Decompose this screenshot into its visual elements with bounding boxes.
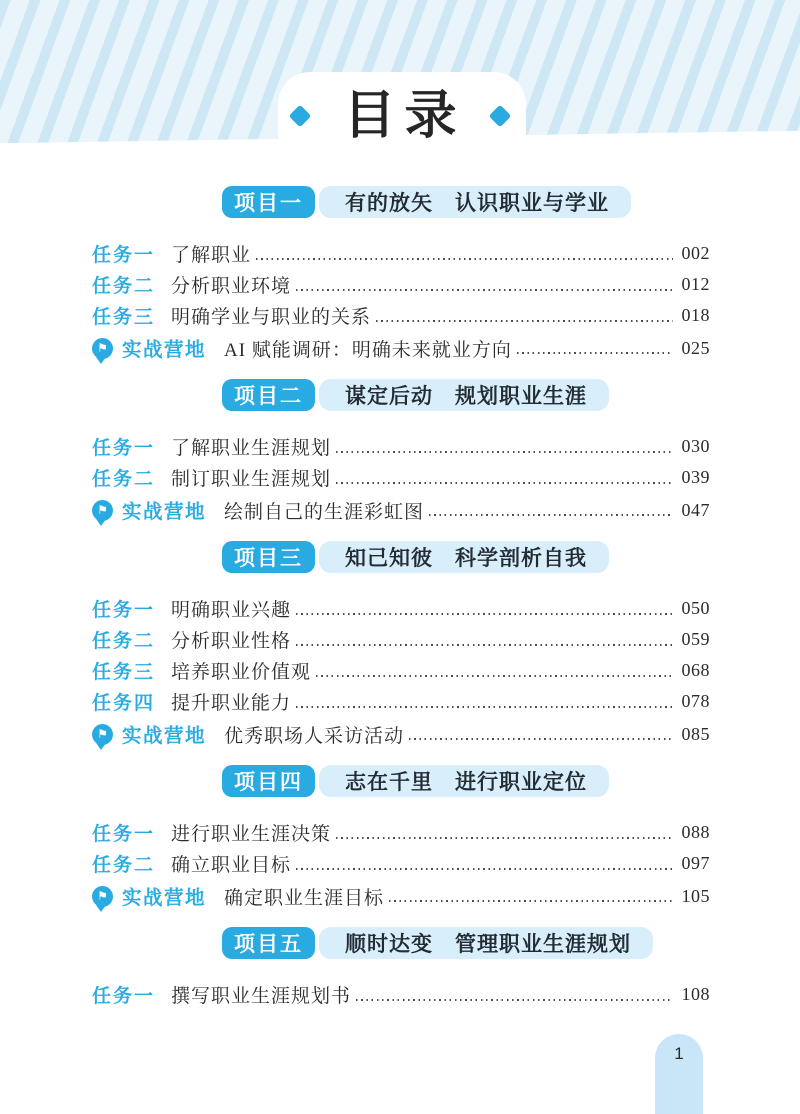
dot-leader — [336, 837, 673, 839]
section-title: 有的放矢 认识职业与学业 — [319, 186, 631, 218]
toc-entry-task: 任务一 了解职业生涯规划 030 — [92, 431, 710, 462]
entry-title: 撰写职业生涯规划书 — [171, 981, 351, 1008]
entry-label: 任务二 — [92, 626, 155, 653]
section-badge: 项目一 — [222, 186, 315, 218]
dot-leader — [409, 738, 673, 740]
entry-title: 了解职业生涯规划 — [171, 433, 331, 460]
dot-leader — [336, 451, 673, 453]
section-entries: 任务一 进行职业生涯决策 088 任务二 确立职业目标 097 ⚑ 实战营地 确… — [92, 817, 710, 913]
section-header: 项目五 顺时达变 管理职业生涯规划 — [222, 927, 800, 959]
flag-pin-icon: ⚑ — [92, 724, 113, 745]
entry-label: 实战营地 — [122, 496, 206, 524]
entry-title: 进行职业生涯决策 — [171, 819, 331, 846]
dot-leader — [296, 613, 673, 615]
entry-label: 任务四 — [92, 688, 155, 715]
section-title: 顺时达变 管理职业生涯规划 — [319, 927, 653, 959]
entry-title: 提升职业能力 — [171, 688, 291, 715]
entry-page-number: 039 — [676, 467, 710, 488]
section-header: 项目二 谋定后动 规划职业生涯 — [222, 379, 800, 411]
diamond-icon — [289, 105, 312, 128]
entry-page-number: 002 — [676, 243, 710, 264]
dot-leader — [316, 675, 673, 677]
entry-page-number: 018 — [676, 305, 710, 326]
dot-leader — [389, 900, 673, 902]
entry-page-number: 105 — [676, 886, 710, 907]
entry-page-number: 085 — [676, 724, 710, 745]
dot-leader — [256, 258, 673, 260]
toc-entry-camp: ⚑ 实战营地 AI 赋能调研：明确未来就业方向 025 — [92, 331, 710, 365]
section-header: 项目四 志在千里 进行职业定位 — [222, 765, 800, 797]
toc-entry-task: 任务一 撰写职业生涯规划书 108 — [92, 979, 710, 1010]
entry-title: 确立职业目标 — [171, 850, 291, 877]
entry-title: 优秀职场人采访活动 — [224, 721, 404, 748]
toc-entry-task: 任务二 确立职业目标 097 — [92, 848, 710, 879]
flag-pin-icon: ⚑ — [92, 886, 113, 907]
dot-leader — [376, 320, 673, 322]
section-entries: 任务一 了解职业 002 任务二 分析职业环境 012 任务三 明确学业与职业的… — [92, 238, 710, 365]
toc-entry-task: 任务三 明确学业与职业的关系 018 — [92, 300, 710, 331]
entry-title: 确定职业生涯目标 — [224, 883, 384, 910]
entry-label: 任务一 — [92, 819, 155, 846]
flag-glyph: ⚑ — [97, 890, 108, 902]
section-entries: 任务一 撰写职业生涯规划书 108 — [92, 979, 710, 1010]
entry-title: 分析职业环境 — [171, 271, 291, 298]
entry-title: AI 赋能调研：明确未来就业方向 — [224, 335, 512, 362]
section-header: 项目一 有的放矢 认识职业与学业 — [222, 186, 800, 218]
entry-label: 任务一 — [92, 240, 155, 267]
dot-leader — [336, 482, 673, 484]
dot-leader — [296, 644, 673, 646]
section-header: 项目三 知己知彼 科学剖析自我 — [222, 541, 800, 573]
section-title: 志在千里 进行职业定位 — [319, 765, 609, 797]
section-entries: 任务一 明确职业兴趣 050 任务二 分析职业性格 059 任务三 培养职业价值… — [92, 593, 710, 751]
flag-glyph: ⚑ — [97, 504, 108, 516]
entry-page-number: 050 — [676, 598, 710, 619]
page-title: 目录 — [334, 90, 465, 142]
entry-title: 制订职业生涯规划 — [171, 464, 331, 491]
toc-entry-task: 任务二 分析职业性格 059 — [92, 624, 710, 655]
entry-label: 实战营地 — [122, 334, 206, 362]
entry-title: 了解职业 — [171, 240, 251, 267]
toc-entry-camp: ⚑ 实战营地 绘制自己的生涯彩虹图 047 — [92, 493, 710, 527]
section-badge: 项目四 — [222, 765, 315, 797]
toc-entry-task: 任务一 了解职业 002 — [92, 238, 710, 269]
section-title: 知己知彼 科学剖析自我 — [319, 541, 609, 573]
entry-label: 任务三 — [92, 302, 155, 329]
toc-entry-task: 任务一 明确职业兴趣 050 — [92, 593, 710, 624]
toc-entry-task: 任务三 培养职业价值观 068 — [92, 655, 710, 686]
entry-title: 绘制自己的生涯彩虹图 — [224, 497, 424, 524]
entry-label: 任务一 — [92, 981, 155, 1008]
toc-section: 项目三 知己知彼 科学剖析自我 任务一 明确职业兴趣 050 任务二 分析职业性… — [0, 541, 800, 751]
toc-entry-task: 任务一 进行职业生涯决策 088 — [92, 817, 710, 848]
entry-page-number: 025 — [676, 338, 710, 359]
toc-entry-camp: ⚑ 实战营地 确定职业生涯目标 105 — [92, 879, 710, 913]
header-title-row: 目录 — [0, 84, 800, 148]
entry-label: 任务一 — [92, 595, 155, 622]
entry-page-number: 059 — [676, 629, 710, 650]
entry-page-number: 068 — [676, 660, 710, 681]
dot-leader — [296, 706, 673, 708]
entry-label: 实战营地 — [122, 720, 206, 748]
entry-page-number: 030 — [676, 436, 710, 457]
section-entries: 任务一 了解职业生涯规划 030 任务二 制订职业生涯规划 039 ⚑ 实战营地… — [92, 431, 710, 527]
toc-entry-task: 任务二 制订职业生涯规划 039 — [92, 462, 710, 493]
footer-page-number: 1 — [674, 1044, 683, 1114]
flag-glyph: ⚑ — [97, 728, 108, 740]
dot-leader — [517, 352, 673, 354]
dot-leader — [296, 289, 673, 291]
section-badge: 项目二 — [222, 379, 315, 411]
toc-section: 项目二 谋定后动 规划职业生涯 任务一 了解职业生涯规划 030 任务二 制订职… — [0, 379, 800, 527]
entry-label: 任务二 — [92, 271, 155, 298]
section-badge: 项目五 — [222, 927, 315, 959]
toc-entry-task: 任务四 提升职业能力 078 — [92, 686, 710, 717]
entry-title: 明确职业兴趣 — [171, 595, 291, 622]
section-title: 谋定后动 规划职业生涯 — [319, 379, 609, 411]
flag-pin-icon: ⚑ — [92, 500, 113, 521]
section-badge: 项目三 — [222, 541, 315, 573]
footer-page-tab: 1 — [655, 1034, 703, 1114]
toc-entry-camp: ⚑ 实战营地 优秀职场人采访活动 085 — [92, 717, 710, 751]
toc-section: 项目四 志在千里 进行职业定位 任务一 进行职业生涯决策 088 任务二 确立职… — [0, 765, 800, 913]
entry-label: 实战营地 — [122, 882, 206, 910]
entry-label: 任务二 — [92, 464, 155, 491]
flag-glyph: ⚑ — [97, 342, 108, 354]
entry-page-number: 047 — [676, 500, 710, 521]
entry-title: 分析职业性格 — [171, 626, 291, 653]
entry-title: 明确学业与职业的关系 — [171, 302, 371, 329]
dot-leader — [356, 999, 673, 1001]
entry-label: 任务三 — [92, 657, 155, 684]
entry-page-number: 088 — [676, 822, 710, 843]
entry-page-number: 097 — [676, 853, 710, 874]
toc-sections: 项目一 有的放矢 认识职业与学业 任务一 了解职业 002 任务二 分析职业环境… — [0, 186, 800, 1024]
entry-title: 培养职业价值观 — [171, 657, 311, 684]
entry-page-number: 012 — [676, 274, 710, 295]
entry-page-number: 108 — [676, 984, 710, 1005]
entry-page-number: 078 — [676, 691, 710, 712]
toc-section: 项目一 有的放矢 认识职业与学业 任务一 了解职业 002 任务二 分析职业环境… — [0, 186, 800, 365]
diamond-icon — [488, 105, 511, 128]
dot-leader — [296, 868, 673, 870]
flag-pin-icon: ⚑ — [92, 338, 113, 359]
entry-label: 任务二 — [92, 850, 155, 877]
dot-leader — [429, 514, 673, 516]
entry-label: 任务一 — [92, 433, 155, 460]
toc-section: 项目五 顺时达变 管理职业生涯规划 任务一 撰写职业生涯规划书 108 — [0, 927, 800, 1010]
toc-entry-task: 任务二 分析职业环境 012 — [92, 269, 710, 300]
